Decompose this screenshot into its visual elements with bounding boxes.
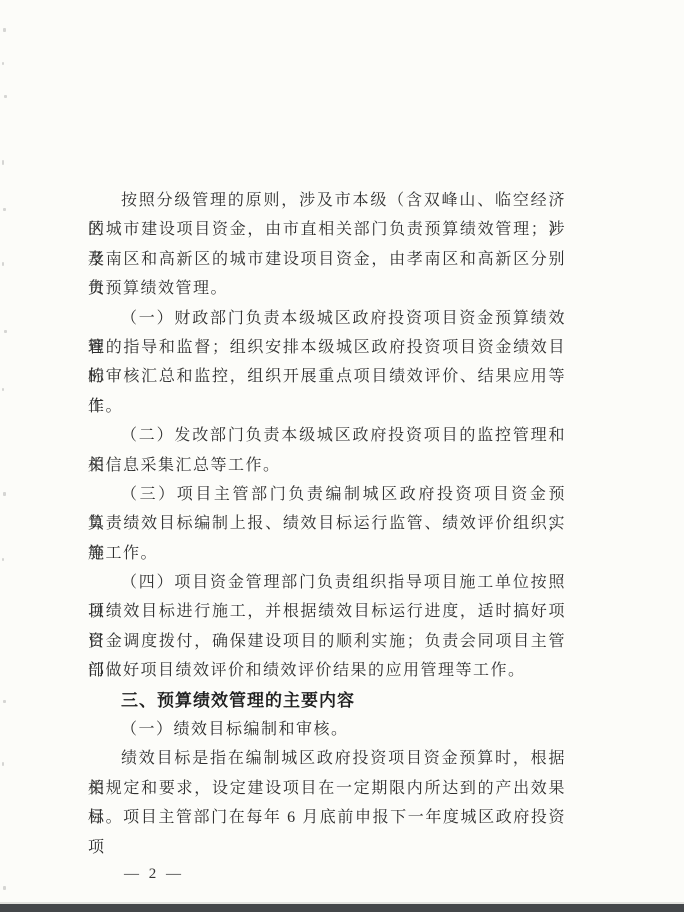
scan-artifact xyxy=(2,262,4,266)
paragraph-line: （二）发改部门负责本级城区政府投资项目的监控管理和相 xyxy=(88,421,566,450)
paragraph-line: 理的指导和监督；组织安排本级城区政府投资项目资金绩效目标 xyxy=(88,333,566,362)
scan-artifact xyxy=(3,886,6,890)
scan-edge-bar xyxy=(0,904,684,912)
document-body: 按照分级管理的原则，涉及市本级（含双峰山、临空经济区） 的城市建设项目资金，由市… xyxy=(88,186,566,833)
scan-artifact xyxy=(3,28,6,32)
scan-artifact xyxy=(4,330,7,333)
paragraph-line: （一）财政部门负责本级城区政府投资项目资金预算绩效管 xyxy=(88,304,566,333)
scan-artifact xyxy=(2,762,4,766)
paragraph-line: 关规定和要求，设定建设项目在一定期限内所达到的产出效果目 xyxy=(88,774,566,803)
subsection-heading: （一）绩效目标编制和审核。 xyxy=(88,715,566,744)
paragraph-line: 按照分级管理的原则，涉及市本级（含双峰山、临空经济区） xyxy=(88,186,566,215)
paragraph-line: 孝南区和高新区的城市建设项目资金，由孝南区和高新区分别负 xyxy=(88,245,566,274)
paragraph-line: 作。 xyxy=(88,392,566,421)
scan-artifact xyxy=(3,208,6,211)
scan-artifact xyxy=(2,388,4,391)
paragraph-line: 的城市建设项目资金，由市直相关部门负责预算绩效管理；涉及 xyxy=(88,215,566,244)
paragraph-line: 资金调度拨付，确保建设项目的顺利实施；负责会同项目主管部 xyxy=(88,627,566,656)
scan-artifact xyxy=(2,62,4,65)
page-number: — 2 — xyxy=(124,866,184,883)
paragraph-line: （三）项目主管部门负责编制城区政府投资项目资金预算， xyxy=(88,480,566,509)
paragraph-line: 关信息采集汇总等工作。 xyxy=(88,451,566,480)
paragraph-line: 等工作。 xyxy=(88,539,566,568)
scan-artifact xyxy=(2,558,4,561)
paragraph-line: 目绩效目标进行施工，并根据绩效目标运行进度，适时搞好项目 xyxy=(88,597,566,626)
scan-artifact xyxy=(3,700,6,703)
scan-artifact xyxy=(2,160,4,165)
document-page: 按照分级管理的原则，涉及市本级（含双峰山、临空经济区） 的城市建设项目资金，由市… xyxy=(0,0,684,912)
paragraph-line: 标。项目主管部门在每年 6 月底前申报下一年度城区政府投资项 xyxy=(88,803,566,832)
scan-artifact xyxy=(4,95,7,98)
paragraph-line: 的审核汇总和监控，组织开展重点项目绩效评价、结果应用等工 xyxy=(88,362,566,391)
paragraph-line: 门做好项目绩效评价和绩效评价结果的应用管理等工作。 xyxy=(88,656,566,685)
paragraph-line: （四）项目资金管理部门负责组织指导项目施工单位按照项 xyxy=(88,568,566,597)
scan-artifact xyxy=(3,492,6,496)
section-heading: 三、预算绩效管理的主要内容 xyxy=(88,686,566,715)
paragraph-line: 绩效目标是指在编制城区政府投资项目资金预算时，根据相 xyxy=(88,744,566,773)
paragraph-line: 责预算绩效管理。 xyxy=(88,274,566,303)
paragraph-line: 负责绩效目标编制上报、绩效目标运行监管、绩效评价组织实施 xyxy=(88,509,566,538)
